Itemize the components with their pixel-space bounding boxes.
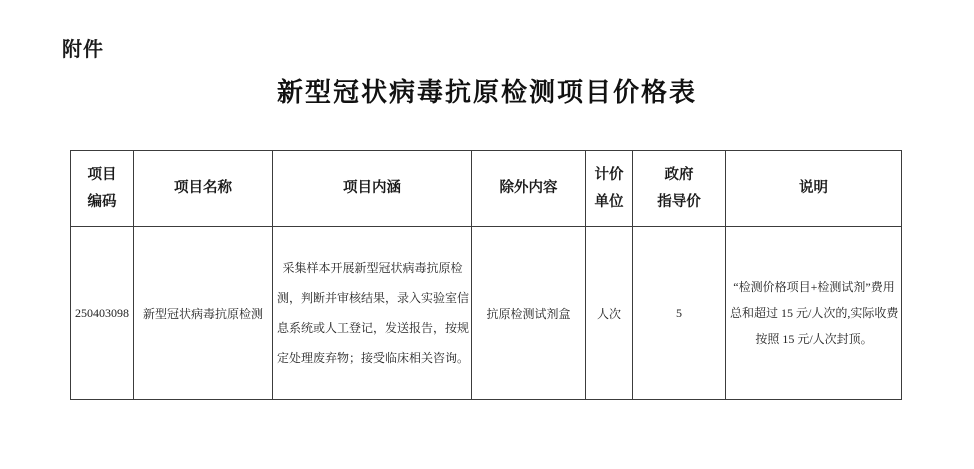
table-header-row: 项目 编码 项目名称 项目内涵 除外内容 计价 单位 政府 指导价 说明 (71, 151, 902, 227)
header-notes: 说明 (726, 151, 902, 227)
cell-exclusions: 抗原检测试剂盒 (472, 227, 586, 400)
document-page: 附件 新型冠状病毒抗原检测项目价格表 项目 编码 项目名称 项目内涵 除外内容 … (0, 0, 974, 469)
price-table: 项目 编码 项目名称 项目内涵 除外内容 计价 单位 政府 指导价 说明 250… (70, 150, 902, 400)
header-pricing-unit: 计价 单位 (586, 151, 633, 227)
page-title: 新型冠状病毒抗原检测项目价格表 (0, 72, 974, 109)
cell-pricing-unit: 人次 (586, 227, 633, 400)
header-exclusions: 除外内容 (472, 151, 586, 227)
cell-government-guide-price: 5 (633, 227, 726, 400)
header-project-content: 项目内涵 (273, 151, 472, 227)
cell-project-code: 250403098 (71, 227, 134, 400)
attachment-label: 附件 (62, 33, 104, 62)
cell-notes: “检测价格项目+检测试剂”费用 总和超过 15 元/人次的,实际收费 按照 15… (726, 227, 902, 400)
cell-project-name: 新型冠状病毒抗原检测 (134, 227, 273, 400)
cell-project-content: 采集样本开展新型冠状病毒抗原检 测，判断并审核结果，录入实验室信 息系统或人工登… (273, 227, 472, 400)
header-project-code: 项目 编码 (71, 151, 134, 227)
header-project-name: 项目名称 (134, 151, 273, 227)
table-data-row: 250403098 新型冠状病毒抗原检测 采集样本开展新型冠状病毒抗原检 测，判… (71, 227, 902, 400)
header-government-guide-price: 政府 指导价 (633, 151, 726, 227)
